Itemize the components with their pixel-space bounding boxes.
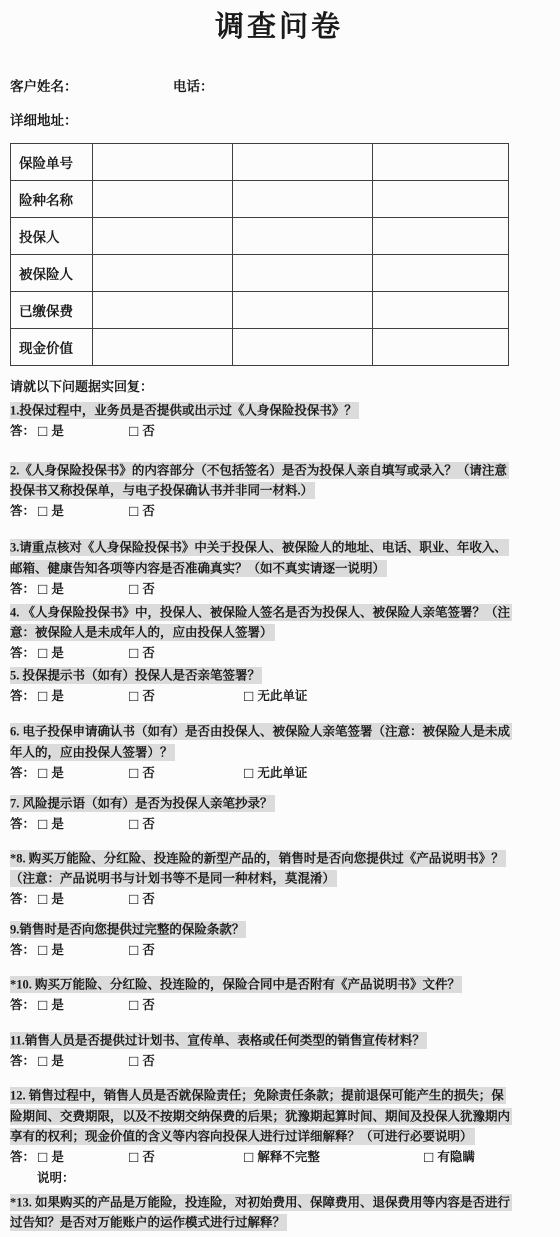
table-row: 险种名称 (11, 181, 509, 218)
answer-option: □否 (128, 579, 243, 600)
questions-intro: 请就以下问题据实回复： (10, 377, 548, 397)
question-text-highlight: 4. 《人身保险投保书》中，投保人、被保险人签名是否为投保人、被保险人亲笔签署？… (10, 604, 512, 642)
table-cell-empty[interactable] (233, 292, 373, 329)
question-block: 6. 电子投保申请确认书（如有）是否由投保人、被保险人亲笔签署（注意：被保险人是… (10, 722, 520, 784)
option-label: 是 (51, 995, 64, 1016)
option-label: 是 (51, 940, 64, 961)
option-label: 有隐瞒 (437, 1147, 475, 1168)
question-text: 1.投保过程中，业务员是否提供或出示过《人身保险投保书》？ (10, 400, 516, 421)
table-cell-empty[interactable] (373, 144, 509, 181)
checkbox-icon[interactable]: □ (37, 893, 48, 905)
answer-option: □否 (128, 814, 243, 835)
checkbox-icon[interactable]: □ (37, 944, 48, 956)
checkbox-icon[interactable]: □ (37, 582, 48, 594)
option-label: 是 (51, 643, 64, 664)
table-cell-empty[interactable] (233, 218, 373, 255)
answer-option: □是 (37, 995, 128, 1016)
table-cell-empty[interactable] (93, 218, 233, 255)
question-text-highlight: 3.请重点核对《人身保险投保书》中关于投保人、被保险人的地址、电话、职业、年收入… (10, 539, 509, 577)
answer-option: □解释不完整 (243, 1147, 423, 1168)
answer-prefix-label: 答： (10, 686, 37, 707)
table-cell-empty[interactable] (233, 255, 373, 292)
answer-option: □是 (37, 814, 128, 835)
answer-option: □否 (128, 940, 243, 961)
question-text: 3.请重点核对《人身保险投保书》中关于投保人、被保险人的地址、电话、职业、年收入… (10, 538, 516, 579)
answer-option: □有隐瞒 (423, 1147, 520, 1168)
table-row-label: 险种名称 (11, 181, 93, 218)
answer-row: 答： □是□否 (10, 940, 520, 961)
question-block: *8. 购买万能险、分红险、投连险的新型产品的，销售时是否向您提供过《产品说明书… (10, 848, 520, 910)
checkbox-icon[interactable]: □ (243, 690, 254, 702)
checkbox-icon[interactable]: □ (128, 1055, 139, 1067)
table-row: 投保人 (11, 218, 509, 255)
checkbox-icon[interactable]: □ (37, 505, 48, 517)
table-cell-empty[interactable] (93, 255, 233, 292)
question-text: 7. 风险提示语（如有）是否为投保人亲笔抄录？ (10, 793, 516, 814)
answer-row: 答： □是□否□无此单证 (10, 686, 520, 707)
checkbox-icon[interactable]: □ (128, 690, 139, 702)
option-label: 是 (51, 889, 64, 910)
question-text-highlight: *13. 如果购买的产品是万能险，投连险，对初始费用、保障费用、退保费用等内容是… (10, 1194, 512, 1232)
table-cell-empty[interactable] (233, 329, 373, 366)
option-label: 是 (51, 501, 64, 522)
question-block: 12. 销售过程中，销售人员是否就保险责任；免除责任条款；提前退保可能产生的损失… (10, 1086, 520, 1189)
table-cell-empty[interactable] (93, 292, 233, 329)
checkbox-icon[interactable]: □ (128, 424, 139, 436)
table-row: 已缴保费 (11, 292, 509, 329)
table-cell-empty[interactable] (373, 218, 509, 255)
question-text: 2.《人身保险投保书》的内容部分（不包括签名）是否为投保人亲自填写或录入？（请注… (10, 460, 516, 501)
question-text-highlight: *8. 购买万能险、分红险、投连险的新型产品的，销售时是否向您提供过《产品说明书… (10, 850, 506, 888)
answer-option: □否 (128, 1051, 243, 1072)
answer-option: □是 (37, 940, 128, 961)
answer-option: □是 (37, 1147, 128, 1168)
option-label: 否 (142, 995, 155, 1016)
option-label: 否 (142, 1051, 155, 1072)
checkbox-icon[interactable]: □ (37, 766, 48, 778)
answer-prefix-label: 答： (10, 643, 37, 664)
option-label: 否 (142, 889, 155, 910)
address-label: 详细地址： (10, 113, 78, 128)
question-text: 5. 投保提示书（如有）投保人是否亲笔签署？ (10, 666, 516, 687)
option-label: 否 (142, 1147, 155, 1168)
checkbox-icon[interactable]: □ (37, 1055, 48, 1067)
answer-row: 答： □是□否 (10, 421, 520, 442)
option-label: 无此单证 (257, 763, 307, 784)
answer-prefix-label: 答： (10, 1147, 37, 1168)
checkbox-icon[interactable]: □ (37, 999, 48, 1011)
answer-option: □是 (37, 421, 128, 442)
table-cell-empty[interactable] (93, 181, 233, 218)
answer-option: □是 (37, 501, 128, 522)
answer-option: □否 (128, 421, 243, 442)
answer-row: 答： □是□否 (10, 995, 520, 1016)
answer-option: □是 (37, 763, 128, 784)
answer-prefix-label: 答： (10, 501, 37, 522)
option-label: 是 (51, 1051, 64, 1072)
checkbox-icon[interactable]: □ (128, 999, 139, 1011)
option-label: 是 (51, 421, 64, 442)
checkbox-icon[interactable]: □ (37, 817, 48, 829)
question-text: 12. 销售过程中，销售人员是否就保险责任；免除责任条款；提前退保可能产生的损失… (10, 1086, 516, 1148)
answer-option: □是 (37, 686, 128, 707)
question-text-highlight: 12. 销售过程中，销售人员是否就保险责任；免除责任条款；提前退保可能产生的损失… (10, 1087, 512, 1145)
customer-name-label: 客户姓名： (10, 78, 173, 96)
address-row: 详细地址： (10, 112, 548, 130)
answer-option: □否 (128, 889, 243, 910)
answer-prefix-label: 答： (10, 995, 37, 1016)
checkbox-icon[interactable]: □ (37, 1151, 48, 1163)
question-block: 9.销售时是否向您提供过完整的保险条款？ 答： □是□否 (10, 920, 520, 961)
option-label: 否 (142, 421, 155, 442)
table-row-label: 已缴保费 (11, 292, 93, 329)
answer-row: 答： □是□否 (10, 579, 520, 600)
answer-row: 答： □是□否 (10, 643, 520, 664)
answer-prefix-label: 答： (10, 579, 37, 600)
option-label: 解释不完整 (257, 1147, 320, 1168)
option-label: 否 (142, 501, 155, 522)
option-label: 是 (51, 814, 64, 835)
table-row-label: 现金价值 (11, 329, 93, 366)
option-label: 无此单证 (257, 686, 307, 707)
answer-prefix-label: 答： (10, 763, 37, 784)
answer-prefix-label: 答： (10, 814, 37, 835)
page-title: 调查问卷 (10, 8, 548, 46)
table-cell-empty[interactable] (233, 181, 373, 218)
question-text-highlight: 5. 投保提示书（如有）投保人是否亲笔签署？ (10, 667, 262, 684)
phone-label: 电话： (173, 78, 214, 96)
checkbox-icon[interactable]: □ (243, 1151, 254, 1163)
customer-header-row: 客户姓名： 电话： (10, 78, 548, 96)
checkbox-icon[interactable]: □ (128, 1151, 139, 1163)
question-text: 11.销售人员是否提供过计划书、宣传单、表格或任何类型的销售宣传材料？ (10, 1031, 516, 1052)
checkbox-icon[interactable]: □ (128, 647, 139, 659)
checkbox-icon[interactable]: □ (128, 944, 139, 956)
option-label: 否 (142, 814, 155, 835)
table-row-label: 被保险人 (11, 255, 93, 292)
answer-option: □否 (128, 1147, 243, 1168)
checkbox-icon[interactable]: □ (128, 893, 139, 905)
question-text-highlight: *10. 购买万能险、分红险、投连险的，保险合同中是否附有《产品说明书》文件？ (10, 976, 462, 993)
answer-row: 答： □是□否 (10, 501, 520, 522)
questions-list: 1.投保过程中，业务员是否提供或出示过《人身保险投保书》？ 答： □是□否 2.… (10, 400, 520, 1233)
question-block: 3.请重点核对《人身保险投保书》中关于投保人、被保险人的地址、电话、职业、年收入… (10, 538, 520, 600)
answer-option: □否 (128, 763, 243, 784)
table-cell-empty[interactable] (373, 255, 509, 292)
answer-option: □否 (128, 501, 243, 522)
question-block: 1.投保过程中，业务员是否提供或出示过《人身保险投保书》？ 答： □是□否 (10, 400, 520, 441)
answer-option: □否 (128, 686, 243, 707)
table-row: 保险单号 (11, 144, 509, 181)
answer-prefix-label: 答： (10, 940, 37, 961)
question-text: 6. 电子投保申请确认书（如有）是否由投保人、被保险人亲笔签署（注意：被保险人是… (10, 722, 516, 763)
answer-option: □无此单证 (243, 686, 423, 707)
questionnaire-page: 调查问卷 客户姓名： 电话： 详细地址： 保险单号险种名称投保人被保险人已缴保费… (0, 0, 560, 1233)
checkbox-icon[interactable]: □ (243, 766, 254, 778)
answer-option: □否 (128, 643, 243, 664)
table-cell-empty[interactable] (373, 292, 509, 329)
question-block: 2.《人身保险投保书》的内容部分（不包括签名）是否为投保人亲自填写或录入？（请注… (10, 460, 520, 522)
answer-row: 答： □是□否□解释不完整□有隐瞒 (10, 1147, 520, 1168)
table-cell-empty[interactable] (373, 329, 509, 366)
question-text: *13. 如果购买的产品是万能险，投连险，对初始费用、保障费用、退保费用等内容是… (10, 1192, 516, 1233)
question-text-highlight: 6. 电子投保申请确认书（如有）是否由投保人、被保险人亲笔签署（注意：被保险人是… (10, 723, 512, 761)
answer-prefix-label: 答： (10, 421, 37, 442)
answer-option: □是 (37, 643, 128, 664)
checkbox-icon[interactable]: □ (128, 817, 139, 829)
checkbox-icon[interactable]: □ (128, 766, 139, 778)
question-text-highlight: 11.销售人员是否提供过计划书、宣传单、表格或任何类型的销售宣传材料？ (10, 1032, 427, 1049)
option-label: 否 (142, 686, 155, 707)
note-label: 说明： (37, 1171, 75, 1185)
option-label: 是 (51, 686, 64, 707)
checkbox-icon[interactable]: □ (37, 690, 48, 702)
question-text: 9.销售时是否向您提供过完整的保险条款？ (10, 920, 516, 941)
answer-option: □是 (37, 579, 128, 600)
table-cell-empty[interactable] (93, 144, 233, 181)
question-text-highlight: 2.《人身保险投保书》的内容部分（不包括签名）是否为投保人亲自填写或录入？（请注… (10, 462, 509, 500)
question-block: 4. 《人身保险投保书》中，投保人、被保险人签名是否为投保人、被保险人亲笔签署？… (10, 602, 520, 664)
question-text: *8. 购买万能险、分红险、投连险的新型产品的，销售时是否向您提供过《产品说明书… (10, 848, 516, 889)
question-block: *13. 如果购买的产品是万能险，投连险，对初始费用、保障费用、退保费用等内容是… (10, 1192, 520, 1233)
option-label: 否 (142, 643, 155, 664)
checkbox-icon[interactable]: □ (423, 1151, 434, 1163)
question-text-highlight: 9.销售时是否向您提供过完整的保险条款？ (10, 921, 246, 938)
checkbox-icon[interactable]: □ (128, 582, 139, 594)
checkbox-icon[interactable]: □ (37, 647, 48, 659)
table-cell-empty[interactable] (233, 144, 373, 181)
option-label: 是 (51, 579, 64, 600)
answer-option: □是 (37, 889, 128, 910)
option-label: 否 (142, 763, 155, 784)
table-row-label: 保险单号 (11, 144, 93, 181)
answer-option: □是 (37, 1051, 128, 1072)
checkbox-icon[interactable]: □ (37, 424, 48, 436)
question-text-highlight: 1.投保过程中，业务员是否提供或出示过《人身保险投保书》？ (10, 402, 359, 419)
option-label: 是 (51, 763, 64, 784)
answer-prefix-label: 答： (10, 889, 37, 910)
table-row-label: 投保人 (11, 218, 93, 255)
option-label: 否 (142, 940, 155, 961)
answer-row: 答： □是□否 (10, 1051, 520, 1072)
question-text-highlight: 7. 风险提示语（如有）是否为投保人亲笔抄录？ (10, 795, 275, 812)
question-block: 7. 风险提示语（如有）是否为投保人亲笔抄录？ 答： □是□否 (10, 793, 520, 834)
question-text: *10. 购买万能险、分红险、投连险的，保险合同中是否附有《产品说明书》文件？ (10, 975, 516, 996)
checkbox-icon[interactable]: □ (128, 505, 139, 517)
table-cell-empty[interactable] (93, 329, 233, 366)
answer-row: 答： □是□否 (10, 889, 520, 910)
policy-info-table: 保险单号险种名称投保人被保险人已缴保费现金价值 (10, 143, 509, 366)
answer-option: □否 (128, 995, 243, 1016)
note-line: 说明： (37, 1168, 520, 1189)
question-block: 5. 投保提示书（如有）投保人是否亲笔签署？ 答： □是□否□无此单证 (10, 666, 520, 707)
answer-option: □无此单证 (243, 763, 423, 784)
question-block: 11.销售人员是否提供过计划书、宣传单、表格或任何类型的销售宣传材料？ 答： □… (10, 1031, 520, 1072)
answer-prefix-label: 答： (10, 1051, 37, 1072)
table-row: 被保险人 (11, 255, 509, 292)
option-label: 否 (142, 579, 155, 600)
option-label: 是 (51, 1147, 64, 1168)
table-cell-empty[interactable] (373, 181, 509, 218)
answer-row: 答： □是□否 (10, 814, 520, 835)
answer-row: 答： □是□否□无此单证 (10, 763, 520, 784)
question-block: *10. 购买万能险、分红险、投连险的，保险合同中是否附有《产品说明书》文件？ … (10, 975, 520, 1016)
table-row: 现金价值 (11, 329, 509, 366)
question-text: 4. 《人身保险投保书》中，投保人、被保险人签名是否为投保人、被保险人亲笔签署？… (10, 602, 516, 643)
